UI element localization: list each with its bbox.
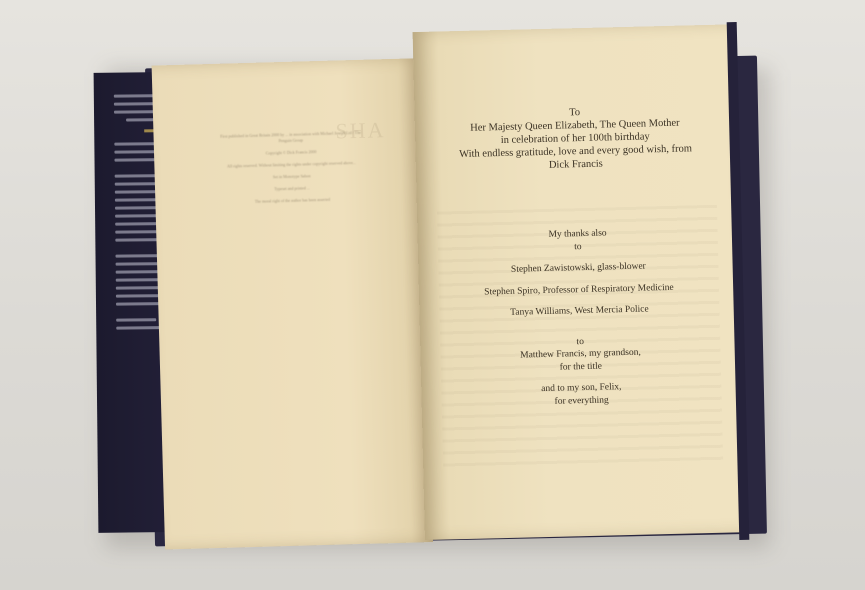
copyright-imprint: First published in Great Britain 2000 by… [216, 130, 368, 212]
imprint-block: Typeset and printed ... [217, 184, 367, 194]
dedication: To Her Majesty Queen Elizabeth, The Quee… [424, 103, 725, 175]
imprint-block: The moral right of the author has been a… [217, 196, 367, 206]
book-photo: SHA First published in Great Britain 200… [0, 0, 865, 590]
imprint-block: Copyright © Dick Francis 2000 [216, 148, 366, 158]
acknowledgements: My thanks also to Stephen Zawistowski, g… [427, 225, 731, 411]
left-page: SHA First published in Great Britain 200… [152, 58, 433, 549]
imprint-block: All rights reserved. Without limiting th… [216, 160, 366, 170]
right-page: To Her Majesty Queen Elizabeth, The Quee… [413, 24, 743, 540]
imprint-block: Set in Monotype Sabon [217, 172, 367, 182]
imprint-block: First published in Great Britain 2000 by… [216, 130, 366, 146]
